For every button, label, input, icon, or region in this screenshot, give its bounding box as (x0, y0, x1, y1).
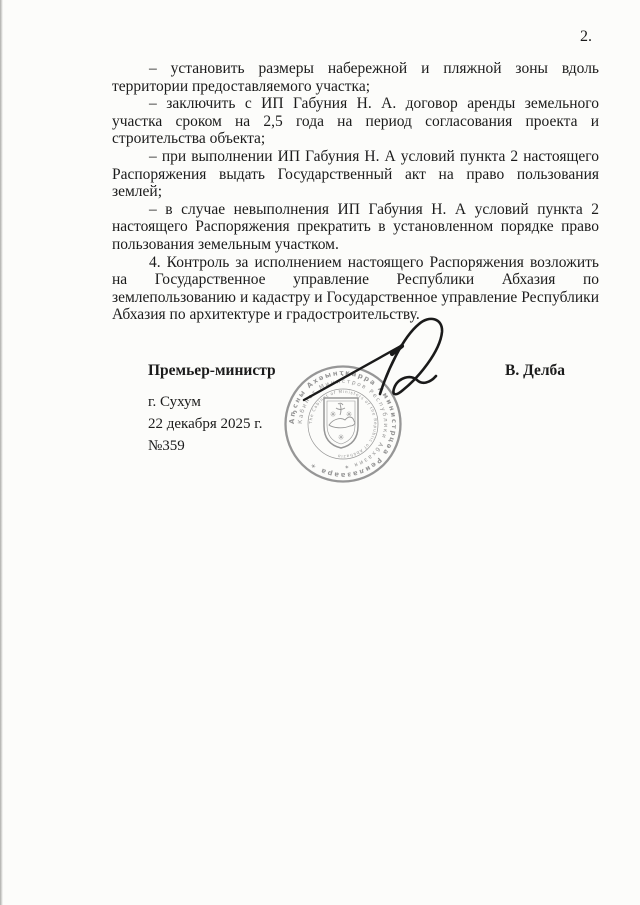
paragraph-lease: – заключить с ИП Габуния Н. А. договор а… (112, 95, 599, 148)
paragraph-termination: – в случае невыполнения ИП Габуния Н. А … (112, 201, 599, 254)
document-page: 2. – установить размеры набережной и пля… (0, 0, 640, 905)
signer-title: Премьер-министр (148, 362, 276, 380)
signer-name: В. Делба (505, 362, 565, 380)
page-number: 2. (580, 28, 592, 46)
scan-edge-shadow (0, 0, 3, 905)
document-body: – установить размеры набережной и пляжно… (112, 60, 599, 324)
document-number: №359 (148, 438, 185, 455)
place-line: г. Сухум (148, 394, 201, 411)
paragraph-state-act: – при выполнении ИП Габуния Н. А условий… (112, 148, 599, 201)
handwritten-signature (280, 308, 465, 413)
paragraph-embankment: – установить размеры набережной и пляжно… (112, 60, 599, 95)
stamp-star-bottom: ✳ (338, 433, 345, 442)
date-line: 22 декабря 2025 г. (148, 416, 263, 433)
